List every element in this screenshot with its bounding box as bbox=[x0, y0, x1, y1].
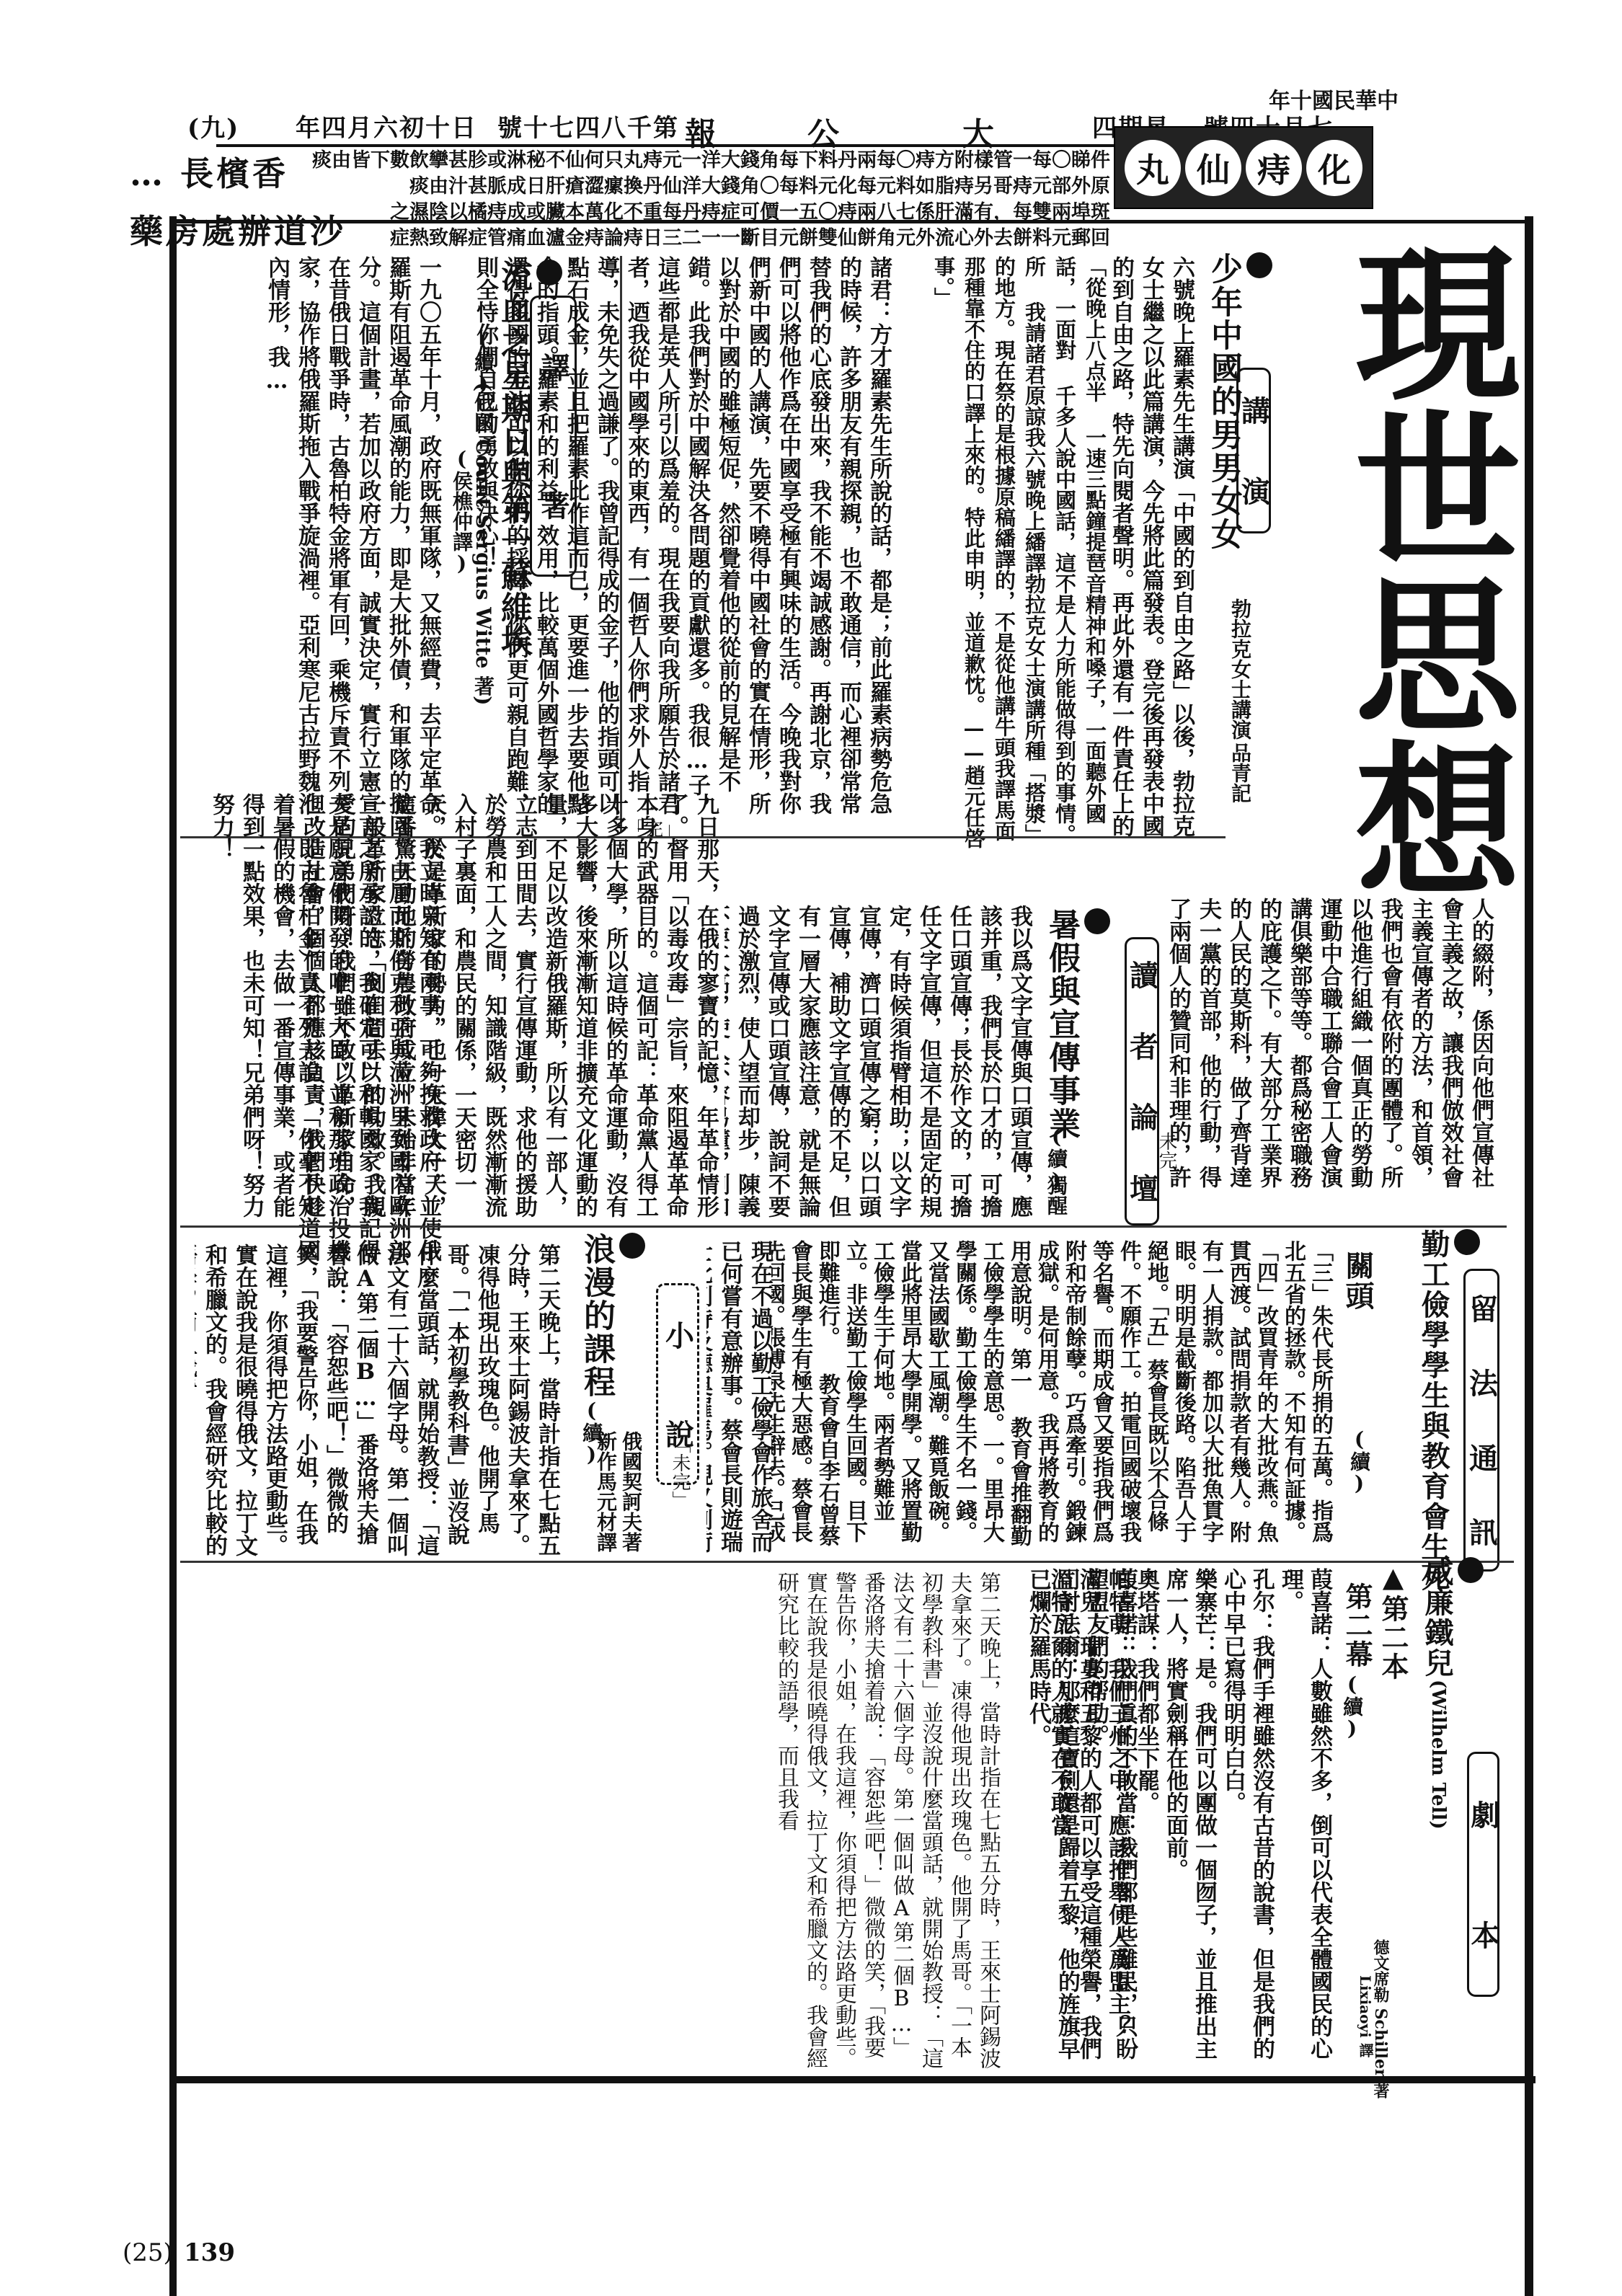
drama-act: ▲第二本 bbox=[1373, 1561, 1413, 1681]
forum-body: 我以爲文字宣傳與口頭宣傳，應該并重，我們長於口才的，可擔任口頭宣傳；長於作文的，… bbox=[724, 905, 1034, 1222]
novel-prev-end-mark: 「未完」 bbox=[667, 1435, 693, 1510]
dialogue: 我們手裡雖然沒有古昔的說書，但是我們的心中早已寫得明明白白。 bbox=[1220, 1568, 1275, 2060]
novel-translator: 新作馬元材譯 bbox=[591, 1431, 620, 1552]
drama-line: 司討法爾：那麼這寶劍還是歸着五黎，他的旌旗早已爛於羅馬時代。 bbox=[1024, 1568, 1081, 2073]
speaker: 葭喜諾 bbox=[1306, 1568, 1332, 1635]
drama-line: 葭喜諾：我們眞的不敢當：我們都是些難民，只盼望盟友們的帮助。 bbox=[1081, 1568, 1139, 2073]
advertisement: 香檳長 … 沙道辦處房藥 件睇〇每一管樣附方痔〇每兩丹料下每角錢大洋一元痔丸只何… bbox=[130, 148, 1110, 220]
row-divider bbox=[180, 1561, 1514, 1563]
article-title: 少年中國的男男女女 bbox=[1200, 252, 1246, 551]
forum-heading: 暑假與宣傳事業 bbox=[1038, 908, 1387, 1140]
article-title: 浪漫的課程 bbox=[573, 1233, 619, 1399]
dialogue: 我們眞的不敢當：我們都是些難民，只盼望盟友們的帮助。 bbox=[1083, 1568, 1138, 2060]
speech-intro: 六號晚上羅素先生講演「中國的到自由之路」以後，勃拉克女士繼之以此篇講演，今先將此… bbox=[1110, 256, 1197, 854]
row-divider bbox=[180, 1225, 1507, 1228]
ad-line: 件睇〇每一管樣附方痔〇每兩丹料下每角錢大洋一元痔丸只何仙不秘淋或胗甚攣飲數下皆由… bbox=[292, 148, 1110, 174]
article-title: 暑假與宣傳事業 bbox=[1038, 908, 1084, 1140]
dialogue: 是。我們可以團做一個囫子，並且推出主席一人，將實劍稱在他的面前。 bbox=[1162, 1568, 1217, 2060]
translation-translator: (侯樵仲譯) bbox=[447, 447, 476, 575]
bullet-icon bbox=[1454, 1229, 1480, 1255]
article-title: 勤工儉學學生與教育會生死 bbox=[1413, 1229, 1454, 1592]
speaker: 孔尔 bbox=[1249, 1568, 1275, 1613]
translation-heading: 流血之星期日與第一蘇維埃 bbox=[490, 260, 1070, 657]
ad-banner-hua-zhi-xian-wan: 化 痔 仙 丸 bbox=[1114, 126, 1373, 209]
speaker: 樂寨芒 bbox=[1191, 1568, 1217, 1635]
speaker: 葭喜諾 bbox=[1112, 1568, 1138, 1635]
lunar-date: 年四月六初十日 bbox=[296, 108, 477, 143]
novel-body: 第二天晚上，當時計指在七點五分時，王來士阿錫波夫拿來了。凍得他現出玫瑰色。他開了… bbox=[195, 1244, 562, 1561]
column-label-drama: 劇 本 bbox=[1467, 1752, 1499, 1997]
speech-heading: 少年中國的男男女女 bbox=[1200, 252, 1622, 551]
drama-lines-cont: 葭喜諾：我們眞的不敢當：我們都是些難民，只盼望盟友們的帮助。 司討法爾：那麼這寶… bbox=[1009, 1568, 1139, 2073]
france-news-continued: (續) bbox=[1344, 1427, 1373, 1495]
ad-line: 原外部元痔哥另痔脂如料元每化元料每〇角錢大洋仙丹換瘰澀瘡肝日成脈甚汁由痰 bbox=[335, 174, 1110, 200]
bullet-icon bbox=[1084, 908, 1110, 934]
lower-left-body: 九日那天，在俄的寥寶的記憶，年革命情形了。督用「以毒攻毒」宗旨，來阻遏革革命本身… bbox=[195, 793, 721, 1225]
label-char: 本 bbox=[1463, 1920, 1504, 1949]
ad-circle-char: 痔 bbox=[1246, 140, 1302, 196]
bullet-icon bbox=[619, 1233, 645, 1259]
article-title: 威廉鐵兒 bbox=[1417, 1557, 1458, 1678]
drama-scene: 第二幕 bbox=[1337, 1582, 1377, 1669]
novel-heading: 浪漫的課程 bbox=[573, 1233, 830, 1399]
france-news-body: 「三」朱代長所捐的五萬。指爲北五省的拯款。不知有何証據。「四」改買青年的大批改燕… bbox=[771, 1240, 1334, 1557]
page-frame-bottom bbox=[169, 2076, 1535, 2083]
bullet-icon bbox=[1246, 252, 1272, 278]
drama-line: 孔尔：我們手裡雖然沒有古昔的說書，但是我們的心中早已寫得明明白白。 bbox=[1218, 1568, 1276, 2073]
france-news-subhead: 關頭 bbox=[1337, 1251, 1378, 1311]
bullet-icon bbox=[536, 260, 562, 285]
drama-line: 樂寨芒：是。我們可以團做一個囫子，並且推出主席一人，將實劍稱在他的面前。 bbox=[1161, 1568, 1218, 2073]
year: 年十國民華中 bbox=[1269, 83, 1399, 115]
drama-lines: 葭喜諾：人數雖然不多，倒可以代表全體國民的心理。 孔尔：我們手裡雖然沒有古昔的說… bbox=[1146, 1568, 1334, 2073]
novel-author: 俄國契訶夫著 bbox=[616, 1431, 645, 1552]
ad-circle-char: 化 bbox=[1306, 140, 1362, 196]
ad-circle-char: 仙 bbox=[1185, 140, 1241, 196]
issue-number: 號十七四八千第 bbox=[497, 108, 679, 143]
drama-translator: Lixiaoyi 譯 bbox=[1355, 1975, 1376, 2057]
speech-recorder: 品青記 bbox=[1226, 743, 1254, 803]
forum-author: 獨醒 bbox=[1042, 1175, 1071, 1215]
label-char: 壇 bbox=[1122, 1174, 1163, 1202]
bullet-icon bbox=[1458, 1557, 1484, 1583]
drama-continued: (續) bbox=[1337, 1672, 1366, 1740]
page-number: 139 bbox=[184, 2238, 235, 2267]
page-marker: (九) bbox=[187, 108, 239, 143]
label-char: 劇 bbox=[1463, 1800, 1504, 1829]
page-ref: (25) bbox=[123, 2238, 173, 2267]
drama-title-en: (Wilhelm Tell) bbox=[1427, 1680, 1449, 1830]
drama-line: 葭喜諾：人數雖然不多，倒可以代表全體國民的心理。 bbox=[1276, 1568, 1334, 2073]
drama-heading: 威廉鐵兒 bbox=[1417, 1557, 1607, 1678]
france-news-heading: 勤工儉學學生與教育會生死 bbox=[1413, 1229, 1622, 1592]
ad-product-name: 香檳長 … bbox=[130, 148, 288, 195]
dialogue: 人數雖然不多，倒可以代表全體國民的心理。 bbox=[1277, 1568, 1332, 2060]
ad-circle-char: 丸 bbox=[1125, 140, 1181, 196]
lower-continuation-body: 第二天晚上，當時計指在七點五分時，王來士阿錫波夫拿來了。凍得他現出玫瑰色。他開了… bbox=[195, 1572, 1002, 2069]
speaker: 司討法爾 bbox=[1054, 1568, 1080, 1657]
